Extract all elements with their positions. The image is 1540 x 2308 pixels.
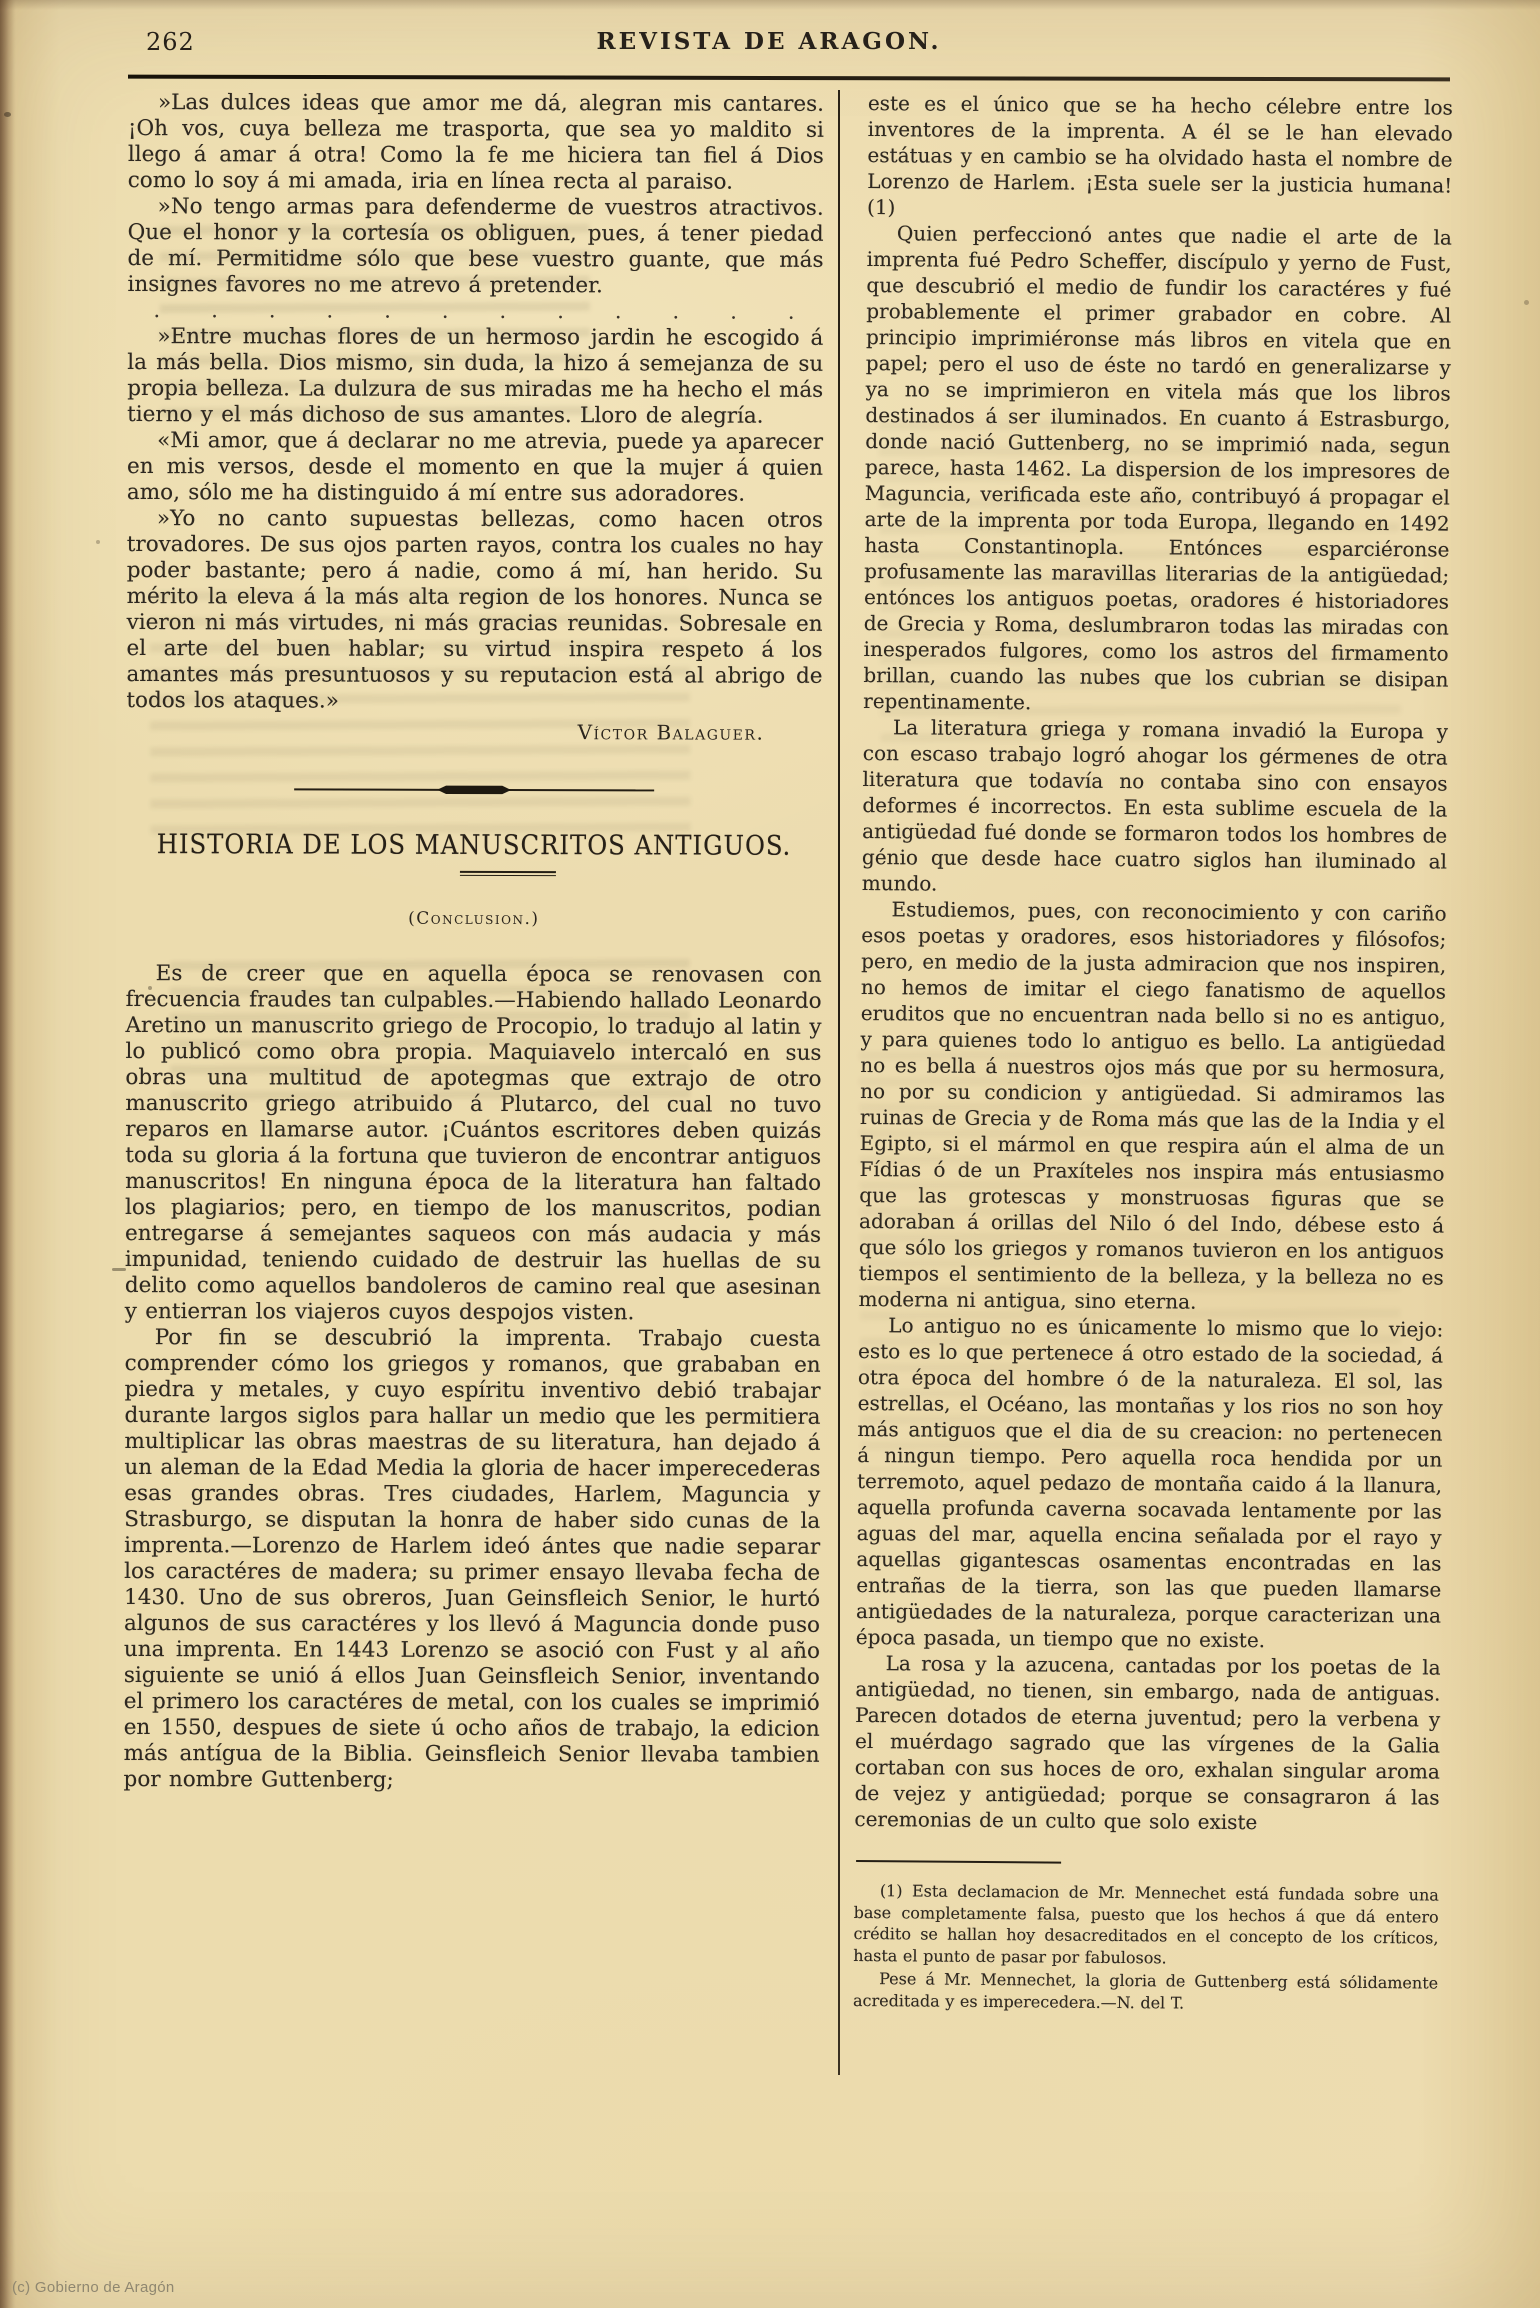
article-paragraph: Quien perfeccionó antes que nadie el art… [863,220,1452,719]
diamond-ornament [437,785,511,795]
author-signature: Víctor Balaguer. [126,718,764,746]
running-header: 262 REVISTA DE ARAGON. [128,22,1450,66]
poem-paragraph: »Las dulces ideas que amor me dá, alegra… [128,90,824,196]
footnote-rule [856,1860,1061,1864]
scan-left-edge-shadow [0,0,16,2308]
paper-blemish [96,540,100,544]
article-subtitle: (Conclusion.) [126,905,822,933]
copyright-watermark: (c) Gobierno de Aragón [12,2279,175,2296]
article-paragraph: La rosa y la azucena, cantadas por los p… [854,1650,1440,1837]
ellipsis-separator: . . . . . . . . . . . . [153,298,823,326]
article-body: Es de creer que en aquella época se reno… [124,961,822,1795]
article-paragraph: Estudiemos, pues, con reconocimiento y c… [858,896,1446,1317]
poem-paragraph: »No tengo armas para defenderme de vuest… [127,194,823,300]
ornament-line [505,789,654,791]
poem-paragraph: »Yo no canto supuestas bellezas, como ha… [126,506,823,716]
scan-top-edge-shadow [0,0,1540,10]
header-rule [128,75,1450,82]
paper-blemish [112,1268,126,1271]
article-title: HISTORIA DE LOS MANUSCRITOS ANTIGUOS. [126,832,822,860]
article-paragraph-continuation: este es el único que se ha hecho célebre… [867,90,1453,225]
footnote-paragraph: (1) Esta declamacion de Mr. Mennechet es… [853,1880,1439,1971]
ornament-line [294,788,443,790]
article-paragraph: Es de creer que en aquella época se reno… [125,961,822,1327]
section-divider-ornament [294,784,654,795]
journal-title: REVISTA DE ARAGON. [128,28,1410,55]
footnote-block: (1) Esta declamacion de Mr. Mennechet es… [853,1860,1439,2016]
paper-blemish [1524,300,1529,305]
scanned-journal-page: 262 REVISTA DE ARAGON. »Las dulces ideas… [0,0,1540,2308]
article-paragraph: La literatura griega y romana invadió la… [862,714,1448,901]
page-content: 262 REVISTA DE ARAGON. »Las dulces ideas… [128,22,1450,90]
article-paragraph: Por fin se descubrió la imprenta. Trabaj… [124,1325,821,1795]
footnote-paragraph: Pese á Mr. Mennechet, la gloria de Gutte… [853,1968,1438,2016]
paper-blemish [4,112,11,117]
left-column: »Las dulces ideas que amor me dá, alegra… [124,90,824,1795]
poem-paragraph: «Mi amor, que á declarar no me atrevia, … [127,428,823,508]
poem-paragraph: »Entre muchas flores de un hermoso jardi… [127,324,823,430]
article-paragraph: Lo antiguo no es únicamente lo mismo que… [856,1312,1444,1655]
title-underline-rule [460,871,556,876]
column-divider-rule [838,90,840,2075]
right-column: este es el único que se ha hecho célebre… [853,90,1453,2016]
